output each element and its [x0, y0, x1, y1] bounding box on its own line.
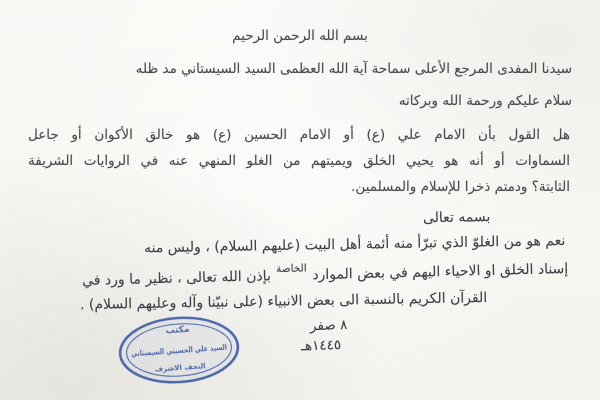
question-line-3: الثابتة؟ ودمتم ذخرا للإسلام والمسلمين. — [28, 179, 570, 195]
inline-insertion-word: الخاصة — [276, 262, 307, 275]
answer-line-3: القرآن الكريم بالنسبة الى بعض الانبياء (… — [80, 290, 487, 313]
stamp-office-word: مكتب — [165, 325, 190, 337]
addressee-line: سيدنا المفدى المرجع الأعلى سماحة آية الل… — [136, 60, 572, 79]
answer-line-2: إسناد الخلق او الاحياء اليهم في بعض المو… — [82, 261, 568, 289]
answer-basmala-heading: بسمه تعالى — [423, 209, 491, 226]
hijri-date-day-month: ٨ صفر — [309, 317, 347, 334]
greeting-line: سلام عليكم ورحمة الله وبركاته — [399, 92, 572, 111]
basmala-line: بسم الله الرحمن الرحيم — [0, 27, 600, 46]
scanned-letter-page: بسم الله الرحمن الرحيم سيدنا المفدى المر… — [0, 0, 600, 400]
question-line-1: هل القول بأن الامام علي (ع) أو الامام ال… — [28, 127, 570, 143]
answer-line-2-text: إسناد الخلق او الاحياء اليهم في بعض المو… — [312, 261, 568, 283]
office-seal-stamp: مكتب السيد علي الحسيني السيستاني النجف ا… — [115, 311, 244, 389]
hijri-date-year: ١٤٤٥هـ — [301, 337, 342, 354]
question-line-2: السماوات أو أنه هو يحيي الخلق ويميتهم من… — [28, 153, 570, 169]
answer-line-1: نعم هو من الغلوّ الذي تبرّأ منه أئمة أهل… — [144, 233, 565, 256]
answer-line-2-continuation: بإذن الله تعالى ، نظير ما ورد في — [82, 268, 271, 289]
